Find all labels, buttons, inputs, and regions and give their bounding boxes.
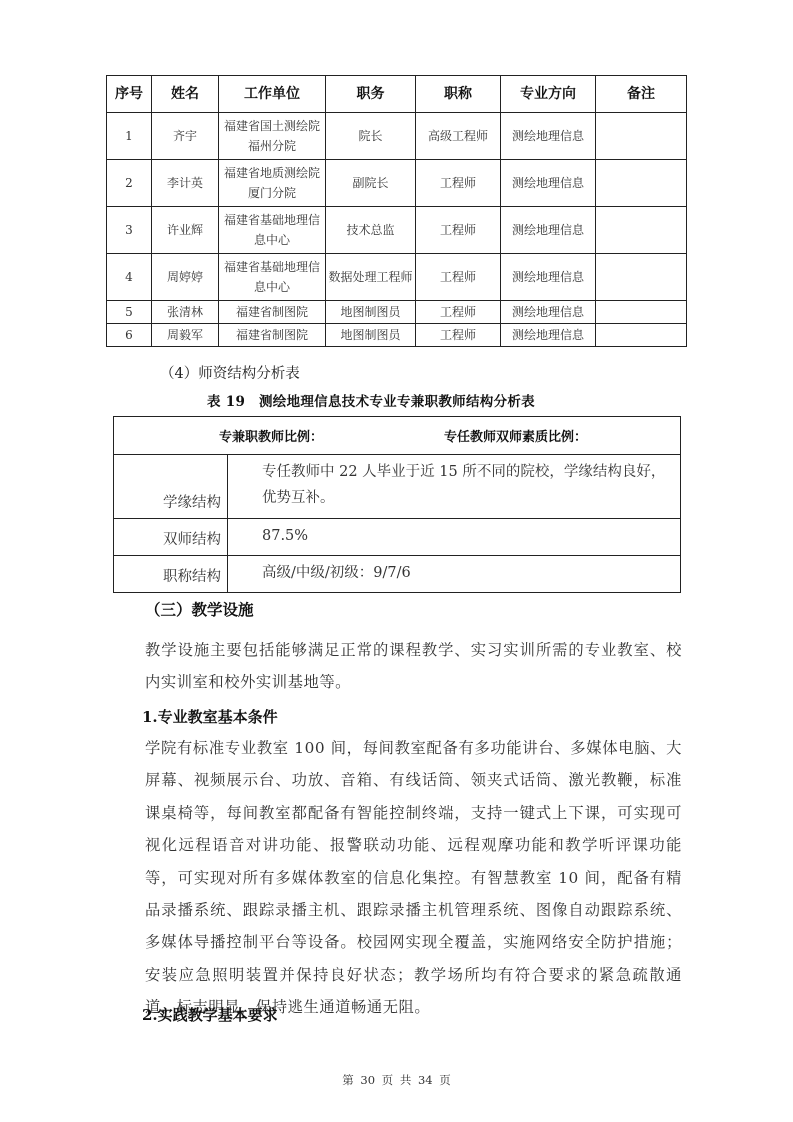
cell-unit: 福建省国土测绘院福州分院 bbox=[219, 113, 326, 160]
cell-position: 副院长 bbox=[326, 160, 416, 207]
header-title: 职称 bbox=[416, 76, 501, 113]
cell-unit: 福建省地质测绘院厦门分院 bbox=[219, 160, 326, 207]
table-header-row: 专兼职教师比例： 专任教师双师素质比例： bbox=[114, 417, 681, 455]
classroom-body-text: 学院有标准专业教室 100 间，每间教室配备有多功能讲台、多媒体电脑、大屏幕、视… bbox=[114, 732, 682, 1024]
teaching-facilities-heading: （三）教学设施 bbox=[145, 598, 254, 620]
cell-note bbox=[596, 113, 687, 160]
title-structure-text: 高级/中级/初级：9/7/6 bbox=[234, 560, 674, 586]
row-label-dual-qualified: 双师结构 bbox=[114, 519, 228, 556]
cell-title: 工程师 bbox=[416, 207, 501, 254]
cell-title: 高级工程师 bbox=[416, 113, 501, 160]
cell-position: 院长 bbox=[326, 113, 416, 160]
teacher-structure-table: 专兼职教师比例： 专任教师双师素质比例： 学缘结构 专任教师中 22 人毕业于近… bbox=[113, 416, 681, 593]
table-row: 职称结构 高级/中级/初级：9/7/6 bbox=[114, 556, 681, 593]
cell-title: 工程师 bbox=[416, 324, 501, 347]
row-value-dual-qualified: 87.5% bbox=[228, 519, 681, 556]
header-no: 序号 bbox=[107, 76, 152, 113]
table-row: 2 李计英 福建省地质测绘院厦门分院 副院长 工程师 测绘地理信息 bbox=[107, 160, 687, 207]
cell-note bbox=[596, 301, 687, 324]
cell-name: 许业辉 bbox=[152, 207, 219, 254]
table-row: 4 周婷婷 福建省基础地理信息中心 数据处理工程师 工程师 测绘地理信息 bbox=[107, 254, 687, 301]
cell-note bbox=[596, 160, 687, 207]
table-row: 1 齐宇 福建省国土测绘院福州分院 院长 高级工程师 测绘地理信息 bbox=[107, 113, 687, 160]
cell-unit: 福建省基础地理信息中心 bbox=[219, 254, 326, 301]
cell-position: 地图制图员 bbox=[326, 301, 416, 324]
cell-title: 工程师 bbox=[416, 254, 501, 301]
academic-origin-text: 专任教师中 22 人毕业于近 15 所不同的院校，学缘结构良好，优势互补。 bbox=[234, 459, 674, 511]
cell-major: 测绘地理信息 bbox=[501, 160, 596, 207]
table-row: 5 张清林 福建省制图院 地图制图员 工程师 测绘地理信息 bbox=[107, 301, 687, 324]
cell-unit: 福建省基础地理信息中心 bbox=[219, 207, 326, 254]
cell-no: 6 bbox=[107, 324, 152, 347]
cell-name: 周毅军 bbox=[152, 324, 219, 347]
cell-no: 4 bbox=[107, 254, 152, 301]
row-value-academic-origin: 专任教师中 22 人毕业于近 15 所不同的院校，学缘结构良好，优势互补。 bbox=[228, 455, 681, 519]
row-label-academic-origin: 学缘结构 bbox=[114, 455, 228, 519]
cell-position: 地图制图员 bbox=[326, 324, 416, 347]
cell-name: 齐宇 bbox=[152, 113, 219, 160]
classroom-conditions-heading: 1.专业教室基本条件 bbox=[142, 706, 278, 727]
row-value-title-structure: 高级/中级/初级：9/7/6 bbox=[228, 556, 681, 593]
cell-unit: 福建省制图院 bbox=[219, 301, 326, 324]
cell-major: 测绘地理信息 bbox=[501, 254, 596, 301]
cell-no: 5 bbox=[107, 301, 152, 324]
header-note: 备注 bbox=[596, 76, 687, 113]
table-row: 学缘结构 专任教师中 22 人毕业于近 15 所不同的院校，学缘结构良好，优势互… bbox=[114, 455, 681, 519]
cell-position: 技术总监 bbox=[326, 207, 416, 254]
header-position: 职务 bbox=[326, 76, 416, 113]
cell-major: 测绘地理信息 bbox=[501, 301, 596, 324]
practice-teaching-heading: 2.实践教学基本要求 bbox=[142, 1004, 278, 1025]
header-name: 姓名 bbox=[152, 76, 219, 113]
cell-no: 3 bbox=[107, 207, 152, 254]
intro-text: 教学设施主要包括能够满足正常的课程教学、实习实训所需的专业教室、校内实训室和校外… bbox=[114, 634, 682, 699]
cell-major: 测绘地理信息 bbox=[501, 324, 596, 347]
cell-note bbox=[596, 254, 687, 301]
classroom-conditions-body: 学院有标准专业教室 100 间，每间教室配备有多功能讲台、多媒体电脑、大屏幕、视… bbox=[114, 732, 682, 1024]
cell-note bbox=[596, 207, 687, 254]
part-time-teacher-table: 序号 姓名 工作单位 职务 职称 专业方向 备注 1 齐宇 福建省国土测绘院福州… bbox=[106, 75, 687, 347]
cell-name: 张清林 bbox=[152, 301, 219, 324]
cell-name: 周婷婷 bbox=[152, 254, 219, 301]
part-time-ratio-label: 专兼职教师比例： bbox=[219, 426, 444, 445]
cell-name: 李计英 bbox=[152, 160, 219, 207]
teaching-facilities-intro: 教学设施主要包括能够满足正常的课程教学、实习实训所需的专业教室、校内实训室和校外… bbox=[114, 634, 682, 699]
dual-qualified-text: 87.5% bbox=[234, 523, 674, 549]
dual-qualified-ratio-label: 专任教师双师素质比例： bbox=[444, 426, 587, 445]
table-row: 3 许业辉 福建省基础地理信息中心 技术总监 工程师 测绘地理信息 bbox=[107, 207, 687, 254]
page-number-footer: 第 30 页 共 34 页 bbox=[0, 1072, 793, 1088]
table-row: 6 周毅军 福建省制图院 地图制图员 工程师 测绘地理信息 bbox=[107, 324, 687, 347]
table-header-row: 序号 姓名 工作单位 职务 职称 专业方向 备注 bbox=[107, 76, 687, 113]
table-row: 双师结构 87.5% bbox=[114, 519, 681, 556]
cell-title: 工程师 bbox=[416, 160, 501, 207]
cell-no: 2 bbox=[107, 160, 152, 207]
cell-major: 测绘地理信息 bbox=[501, 113, 596, 160]
table-19-caption: 表 19 测绘地理信息技术专业专兼职教师结构分析表 bbox=[207, 390, 535, 410]
cell-note bbox=[596, 324, 687, 347]
row-label-title-structure: 职称结构 bbox=[114, 556, 228, 593]
section-4-heading: （4）师资结构分析表 bbox=[160, 362, 300, 383]
header-major: 专业方向 bbox=[501, 76, 596, 113]
cell-unit: 福建省制图院 bbox=[219, 324, 326, 347]
cell-major: 测绘地理信息 bbox=[501, 207, 596, 254]
cell-title: 工程师 bbox=[416, 301, 501, 324]
cell-no: 1 bbox=[107, 113, 152, 160]
cell-position: 数据处理工程师 bbox=[326, 254, 416, 301]
header-unit: 工作单位 bbox=[219, 76, 326, 113]
ratio-header-cell: 专兼职教师比例： 专任教师双师素质比例： bbox=[114, 417, 681, 455]
